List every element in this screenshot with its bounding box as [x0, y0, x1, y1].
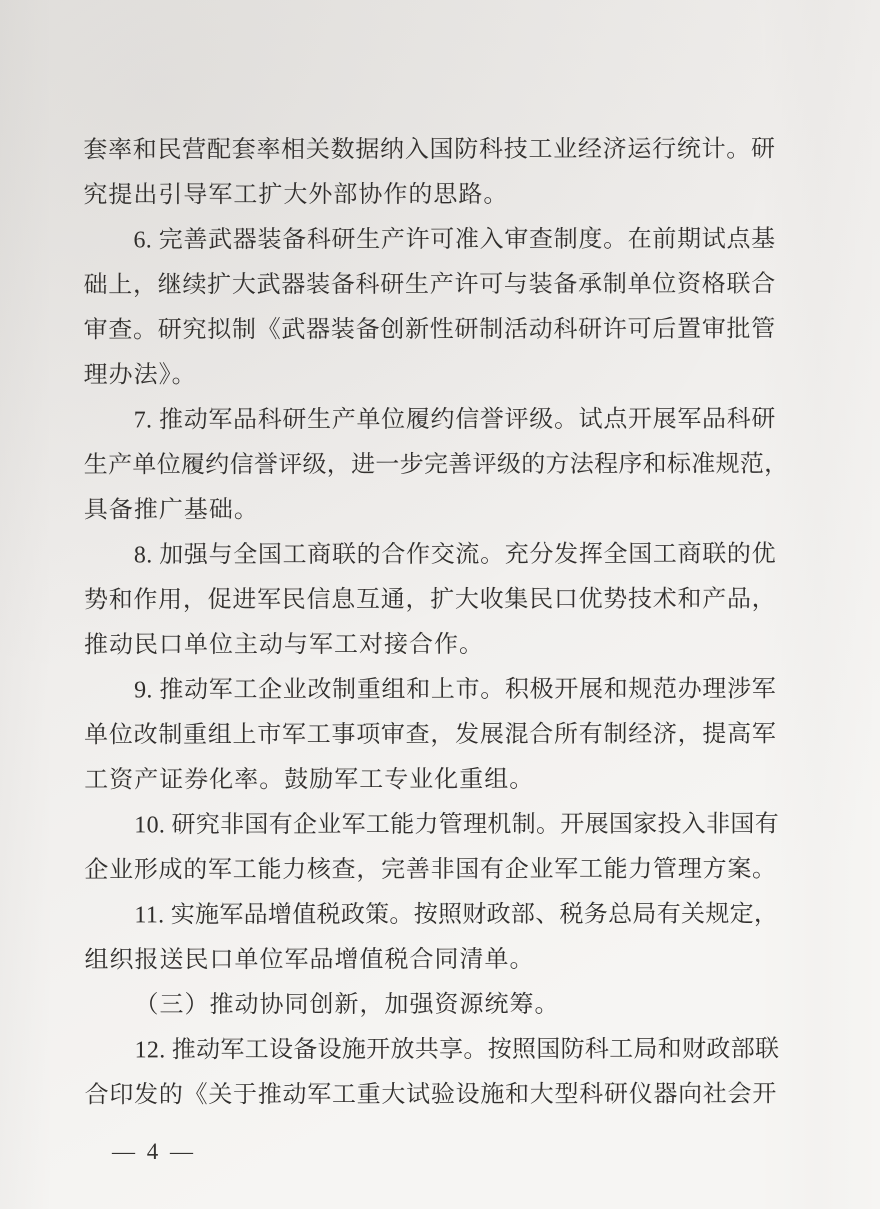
- page-number: — 4 —: [112, 1131, 196, 1173]
- text-line: 生产单位履约信誉评级，进一步完善评级的方法程序和标准规范，: [84, 443, 776, 489]
- text-line: 12. 推动军工设备设施开放共享。按照国防科工局和财政部联: [85, 1028, 777, 1074]
- text-line: 工资产证券化率。鼓励军工专业化重组。: [84, 758, 776, 804]
- text-line: 推动民口单位主动与军工对接合作。: [84, 623, 776, 669]
- text-line: 势和作用，促进军民信息互通，扩大收集民口优势技术和产品，: [84, 578, 776, 624]
- text-line: 单位改制重组上市军工事项审查，发展混合所有制经济，提高军: [84, 713, 776, 759]
- text-line: 套率和民营配套率相关数据纳入国防科技工业经济运行统计。研: [83, 128, 775, 174]
- text-line: 11. 实施军品增值税政策。按照财政部、税务总局有关规定，: [84, 893, 776, 939]
- text-line: 10. 研究非国有企业军工能力管理机制。开展国家投入非国有: [84, 803, 776, 849]
- text-line: 究提出引导军工扩大外部协作的思路。: [83, 173, 775, 219]
- text-line: 具备推广基础。: [84, 488, 776, 534]
- text-line: 8. 加强与全国工商联的合作交流。充分发挥全国工商联的优: [84, 533, 776, 579]
- text-line: 础上，继续扩大武器装备科研生产许可与装备承制单位资格联合: [83, 263, 775, 309]
- scanned-document-page: { "colors": { "ink": "#302e2c", "paper_s…: [0, 0, 880, 1209]
- text-line: 理办法》。: [84, 353, 776, 399]
- text-line: （三）推动协同创新，加强资源统筹。: [85, 983, 777, 1029]
- text-line: 9. 推动军工企业改制重组和上市。积极开展和规范办理涉军: [84, 668, 776, 714]
- text-line: 合印发的《关于推动军工重大试验设施和大型科研仪器向社会开: [85, 1073, 777, 1119]
- document-body: 套率和民营配套率相关数据纳入国防科技工业经济运行统计。研究提出引导军工扩大外部协…: [83, 128, 776, 1119]
- text-line: 6. 完善武器装备科研生产许可准入审查制度。在前期试点基: [83, 218, 775, 264]
- text-line: 7. 推动军品科研生产单位履约信誉评级。试点开展军品科研: [84, 398, 776, 444]
- text-line: 组织报送民口单位军品增值税合同清单。: [84, 938, 776, 984]
- text-line: 审查。研究拟制《武器装备创新性研制活动科研许可后置审批管: [84, 308, 776, 354]
- text-line: 企业形成的军工能力核查，完善非国有企业军工能力管理方案。: [84, 848, 776, 894]
